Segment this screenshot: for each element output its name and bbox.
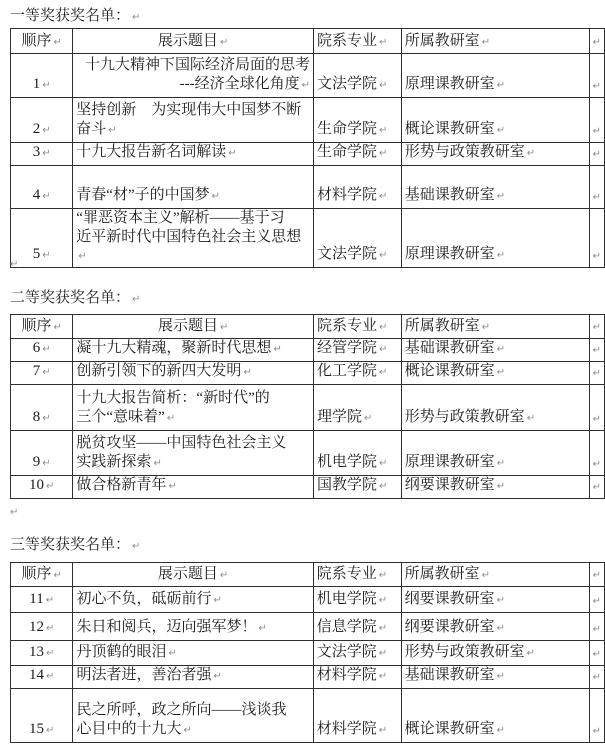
department-cell: 信息学院↵ <box>313 613 401 641</box>
row-end-mark-cell: ↵ <box>589 563 604 587</box>
order-text: 10 <box>29 477 44 493</box>
row-end-mark: ↵ <box>593 414 601 425</box>
paragraph-mark: ↵ <box>379 344 387 355</box>
paragraph-mark: ↵ <box>46 481 54 492</box>
order-text: 6 <box>33 340 41 356</box>
paragraph-mark: ↵ <box>46 725 54 736</box>
paragraph-mark: ↵ <box>132 541 140 552</box>
paragraph-mark: ↵ <box>482 322 490 333</box>
table-row: 10↵ 做合格新青年↵ 国教学院↵ 纲要课教研室↵ ↵ <box>11 476 605 499</box>
department-text: 机电学院 <box>317 454 377 470</box>
paragraph-mark: ↵ <box>379 250 387 261</box>
order-cell: 5↵ <box>11 209 73 268</box>
title-cell: 凝十九大精魂，聚新时代思想↵ <box>73 339 314 362</box>
table-header-row: 顺序↵ 展示题目↵ 院系专业↵ 所属教研室↵ ↵ <box>11 563 605 587</box>
paragraph-mark: ↵ <box>183 725 191 736</box>
order-cell: 8↵ <box>11 385 73 431</box>
paragraph-mark: ↵ <box>42 344 50 355</box>
title-cell: 初心不负，砥砺前行↵ <box>73 587 313 613</box>
row-end-mark: ↵ <box>593 149 601 160</box>
department-text: 材料学院 <box>317 721 377 737</box>
paragraph-mark: ↵ <box>379 458 387 469</box>
office-text: 基础课教研室 <box>405 340 495 356</box>
row-end-mark-cell: ↵ <box>589 209 604 268</box>
department-cell: 国教学院↵ <box>313 476 401 499</box>
order-text: 11 <box>29 591 43 607</box>
department-cell: 理学院↵ <box>313 385 401 431</box>
paragraph-mark: ↵ <box>213 671 221 682</box>
first-prize-table: 顺序↵ 展示题目↵ 院系专业↵ 所属教研室↵ ↵ 1↵ 十九大精神下国际经济局面… <box>10 28 605 268</box>
paragraph-mark: ↵ <box>42 148 50 159</box>
department-text: 材料学院 <box>317 187 377 203</box>
row-end-mark: ↵ <box>593 649 601 660</box>
paragraph-mark: ↵ <box>527 413 535 424</box>
title-text: 朱日和阅兵，迈向强军梦！ <box>76 619 256 635</box>
order-text: 3 <box>33 144 41 160</box>
paragraph-mark: ↵ <box>46 623 54 634</box>
title-cell: 朱日和阅兵，迈向强军梦！↵ <box>73 613 313 641</box>
table-row: 9↵ 脱贫攻坚——中国特色社会主义 实践新探索↵ 机电学院↵ 原理课教研室↵ ↵ <box>11 431 605 476</box>
header-text: 所属教研室 <box>405 566 480 582</box>
row-end-mark-cell: ↵ <box>589 166 604 209</box>
table-header-row: 顺序↵ 展示题目↵ 院系专业↵ 所属教研室↵ ↵ <box>11 315 605 339</box>
order-cell: 13↵ <box>11 641 73 666</box>
office-cell: 纲要课教研室↵ <box>401 613 589 641</box>
office-cell: 形势与政策教研室↵ <box>401 385 589 431</box>
department-cell: 生命学院↵ <box>313 143 401 166</box>
section-title-second-prize: 二等奖获奖名单：↵ <box>10 288 140 310</box>
order-cell: 6↵ <box>11 339 73 362</box>
row-end-mark: ↵ <box>593 596 601 607</box>
paragraph-mark: ↵ <box>53 37 61 48</box>
paragraph-mark: ↵ <box>379 481 387 492</box>
order-text: 14 <box>29 667 44 683</box>
paragraph-mark: ↵ <box>168 481 176 492</box>
title-cell: 做合格新青年↵ <box>73 476 314 499</box>
department-cell: 材料学院↵ <box>313 689 401 743</box>
column-header-department: 院系专业↵ <box>313 563 401 587</box>
office-cell: 形势与政策教研室↵ <box>401 143 589 166</box>
paragraph-mark: ↵ <box>132 294 140 305</box>
title-cell: 民之所呼，政之所向——浅谈我 心目中的十九大↵ <box>73 689 313 743</box>
paragraph-mark: ↵ <box>364 413 372 424</box>
department-text: 国教学院 <box>317 477 377 493</box>
header-text: 展示题目 <box>158 566 218 582</box>
paragraph-mark: ↵ <box>42 367 50 378</box>
paragraph-mark: ↵ <box>379 623 387 634</box>
header-text: 顺序 <box>21 33 51 49</box>
third-prize-table: 顺序↵ 展示题目↵ 院系专业↵ 所属教研室↵ ↵ 11↵ 初心不负，砥砺前行↵ … <box>10 562 605 743</box>
order-cell: 10↵ <box>11 476 73 499</box>
office-cell: 基础课教研室↵ <box>401 339 589 362</box>
paragraph-mark: ↵ <box>273 344 281 355</box>
office-text: 概论课教研室 <box>405 363 495 379</box>
header-text: 顺序 <box>22 318 52 334</box>
paragraph-mark: ↵ <box>482 37 490 48</box>
paragraph-mark: ↵ <box>228 148 236 159</box>
section-title-text: 二等奖获奖名单： <box>10 290 130 306</box>
paragraph-mark: ↵ <box>46 671 54 682</box>
department-text: 经管学院 <box>317 340 377 356</box>
office-cell: 概论课教研室↵ <box>401 689 589 743</box>
title-text: 十九大报告新名词解读 <box>76 144 226 160</box>
paragraph-mark: ↵ <box>379 80 387 91</box>
row-end-mark: ↵ <box>593 192 601 203</box>
order-text: 15 <box>29 721 44 737</box>
office-cell: 原理课教研室↵ <box>401 431 589 476</box>
office-cell: 纲要课教研室↵ <box>401 587 589 613</box>
row-end-mark: ↵ <box>593 345 601 356</box>
row-end-mark: ↵ <box>593 726 601 737</box>
header-text: 展示题目 <box>158 318 218 334</box>
row-end-mark-cell: ↵ <box>589 666 604 689</box>
row-end-mark: ↵ <box>593 482 601 493</box>
paragraph-mark: ↵ <box>379 367 387 378</box>
table-row: 3↵ 十九大报告新名词解读↵ 生命学院↵ 形势与政策教研室↵ ↵ <box>11 143 605 166</box>
column-header-department: 院系专业↵ <box>313 29 401 54</box>
order-text: 5 <box>33 246 41 262</box>
row-end-mark: ↵ <box>593 251 601 262</box>
department-cell: 化工学院↵ <box>313 362 401 385</box>
column-header-office: 所属教研室↵ <box>401 29 589 54</box>
paragraph-mark: ↵ <box>213 595 221 606</box>
table-row: 7↵ 创新引领下的新四大发明↵ 化工学院↵ 概论课教研室↵ ↵ <box>11 362 605 385</box>
title-text: 青春“材”子的中国梦 <box>76 187 209 203</box>
office-cell: 基础课教研室↵ <box>401 666 589 689</box>
table-row: 13↵ 丹顶鹤的眼泪↵ 文法学院↵ 形势与政策教研室↵ ↵ <box>11 641 605 666</box>
row-end-mark: ↵ <box>593 624 601 635</box>
order-text: 7 <box>33 363 41 379</box>
order-cell: 1↵ <box>11 54 73 98</box>
title-text: 初心不负，砥砺前行 <box>76 591 211 607</box>
title-cell: 十九大报告简析：“新时代”的 三个“意味着”↵ <box>73 385 314 431</box>
column-header-title: 展示题目↵ <box>73 563 313 587</box>
title-cell: 明法者进，善治者强↵ <box>73 666 313 689</box>
department-text: 文法学院 <box>317 246 377 262</box>
office-cell: 原理课教研室↵ <box>401 54 589 98</box>
office-text: 形势与政策教研室 <box>405 144 525 160</box>
office-text: 形势与政策教研室 <box>405 409 525 425</box>
order-text: 8 <box>33 409 41 425</box>
title-cell: 十九大精神下国际经济局面的思考 ---经济全球化角度↵ <box>73 54 314 98</box>
section-title-first-prize: 一等奖获奖名单：↵ <box>10 6 140 28</box>
office-text: 基础课教研室 <box>405 187 495 203</box>
department-cell: 文法学院↵ <box>313 209 401 268</box>
paragraph-mark: ↵ <box>497 458 505 469</box>
order-cell: 4↵ <box>11 166 73 209</box>
department-cell: 机电学院↵ <box>313 431 401 476</box>
order-text: 13 <box>29 644 44 660</box>
table-row: 6↵ 凝十九大精魂，聚新时代思想↵ 经管学院↵ 基础课教研室↵ ↵ <box>11 339 605 362</box>
order-cell: 9↵ <box>11 431 73 476</box>
paragraph-mark: ↵ <box>78 251 86 262</box>
row-end-mark: ↵ <box>593 37 601 48</box>
paragraph-mark: ↵ <box>379 148 387 159</box>
department-text: 生命学院 <box>317 144 377 160</box>
office-cell: 形势与政策教研室↵ <box>401 641 589 666</box>
table-row: 11↵ 初心不负，砥砺前行↵ 机电学院↵ 纲要课教研室↵ ↵ <box>11 587 605 613</box>
paragraph-mark: ↵ <box>497 671 505 682</box>
office-text: 纲要课教研室 <box>405 591 495 607</box>
paragraph-mark: ↵ <box>379 725 387 736</box>
department-cell: 文法学院↵ <box>313 641 401 666</box>
department-text: 文法学院 <box>317 644 377 660</box>
paragraph-mark: ↵ <box>379 595 387 606</box>
header-text: 院系专业 <box>317 318 377 334</box>
table-header-row: 顺序↵ 展示题目↵ 院系专业↵ 所属教研室↵ ↵ <box>11 29 605 54</box>
order-cell: 14↵ <box>11 666 73 689</box>
office-cell: 概论课教研室↵ <box>401 98 589 143</box>
paragraph-mark: ↵ <box>497 191 505 202</box>
title-text: 明法者进，善治者强 <box>76 667 211 683</box>
department-cell: 经管学院↵ <box>313 339 401 362</box>
paragraph-mark: ↵ <box>258 623 266 634</box>
row-end-mark-cell: ↵ <box>589 385 604 431</box>
second-prize-table: 顺序↵ 展示题目↵ 院系专业↵ 所属教研室↵ ↵ 6↵ 凝十九大精魂，聚新时代思… <box>10 314 605 499</box>
column-header-order: 顺序↵ <box>11 563 73 587</box>
table-row: 12↵ 朱日和阅兵，迈向强军梦！↵ 信息学院↵ 纲要课教研室↵ ↵ <box>11 613 605 641</box>
paragraph-mark: ↵ <box>132 12 140 23</box>
order-text: 1 <box>33 76 41 92</box>
row-end-mark: ↵ <box>593 672 601 683</box>
department-text: 文法学院 <box>317 76 377 92</box>
row-end-mark: ↵ <box>593 368 601 379</box>
header-text: 院系专业 <box>317 566 377 582</box>
office-text: 原理课教研室 <box>405 246 495 262</box>
paragraph-mark: ↵ <box>46 648 54 659</box>
department-cell: 材料学院↵ <box>313 666 401 689</box>
paragraph-mark: ↵ <box>167 413 175 424</box>
paragraph-mark: ↵ <box>379 570 387 581</box>
office-text: 概论课教研室 <box>405 121 495 137</box>
table-row: 14↵ 明法者进，善治者强↵ 材料学院↵ 基础课教研室↵ ↵ <box>11 666 605 689</box>
office-cell: 纲要课教研室↵ <box>401 476 589 499</box>
paragraph-mark: ↵ <box>54 570 62 581</box>
title-text: 民之所呼，政之所向——浅谈我 心目中的十九大 <box>76 702 286 737</box>
row-end-mark-cell: ↵ <box>589 689 604 743</box>
paragraph-mark: ↵ <box>527 648 535 659</box>
order-cell: 15↵ <box>11 689 73 743</box>
paragraph-mark: ↵ <box>42 250 50 261</box>
header-text: 所属教研室 <box>405 318 480 334</box>
title-text: 丹顶鹤的眼泪 <box>76 644 166 660</box>
empty-paragraph-mark: ↵ <box>10 259 18 270</box>
row-end-mark: ↵ <box>593 126 601 137</box>
title-cell: 青春“材”子的中国梦↵ <box>73 166 314 209</box>
paragraph-mark: ↵ <box>46 595 54 606</box>
title-text: 脱贫攻坚——中国特色社会主义 实践新探索 <box>76 435 286 470</box>
department-cell: 生命学院↵ <box>313 98 401 143</box>
title-text: “罪恶资本主义”解析——基于习 近平新时代中国特色社会主义思想 <box>76 210 301 245</box>
office-cell: 概论课教研室↵ <box>401 362 589 385</box>
paragraph-mark: ↵ <box>168 648 176 659</box>
department-text: 信息学院 <box>317 619 377 635</box>
row-end-mark: ↵ <box>593 459 601 470</box>
title-text: 创新引领下的新四大发明 <box>76 363 241 379</box>
order-cell: 12↵ <box>11 613 73 641</box>
paragraph-mark: ↵ <box>497 367 505 378</box>
department-text: 材料学院 <box>317 667 377 683</box>
department-text: 化工学院 <box>317 363 377 379</box>
order-cell: 3↵ <box>11 143 73 166</box>
row-end-mark-cell: ↵ <box>589 98 604 143</box>
paragraph-mark: ↵ <box>497 481 505 492</box>
title-cell: 脱贫攻坚——中国特色社会主义 实践新探索↵ <box>73 431 314 476</box>
office-text: 纲要课教研室 <box>405 477 495 493</box>
title-cell: “罪恶资本主义”解析——基于习 近平新时代中国特色社会主义思想↵ <box>73 209 314 268</box>
office-text: 基础课教研室 <box>405 667 495 683</box>
row-end-mark-cell: ↵ <box>589 476 604 499</box>
paragraph-mark: ↵ <box>497 250 505 261</box>
paragraph-mark: ↵ <box>42 125 50 136</box>
order-text: 9 <box>33 454 41 470</box>
paragraph-mark: ↵ <box>497 725 505 736</box>
paragraph-mark: ↵ <box>302 80 310 91</box>
office-text: 纲要课教研室 <box>405 619 495 635</box>
office-text: 形势与政策教研室 <box>405 644 525 660</box>
title-cell: 坚持创新 为实现伟大中国梦不断 奋斗↵ <box>73 98 314 143</box>
department-cell: 文法学院↵ <box>313 54 401 98</box>
paragraph-mark: ↵ <box>220 322 228 333</box>
title-cell: 创新引领下的新四大发明↵ <box>73 362 314 385</box>
row-end-mark-cell: ↵ <box>589 362 604 385</box>
section-title-text: 三等奖获奖名单： <box>10 537 130 553</box>
title-text: 做合格新青年 <box>76 477 166 493</box>
office-text: 原理课教研室 <box>405 454 495 470</box>
document-page: 一等奖获奖名单：↵ 顺序↵ 展示题目↵ 院系专业↵ 所属教研室↵ ↵ 1↵ 十九… <box>0 0 605 745</box>
office-cell: 原理课教研室↵ <box>401 209 589 268</box>
title-text: 十九大精神下国际经济局面的思考 ---经济全球化角度 <box>85 57 310 92</box>
paragraph-mark: ↵ <box>42 191 50 202</box>
title-cell: 十九大报告新名词解读↵ <box>73 143 314 166</box>
paragraph-mark: ↵ <box>379 322 387 333</box>
row-end-mark-cell: ↵ <box>589 587 604 613</box>
order-text: 12 <box>29 619 44 635</box>
order-cell: 11↵ <box>11 587 73 613</box>
paragraph-mark: ↵ <box>54 322 62 333</box>
paragraph-mark: ↵ <box>379 125 387 136</box>
order-text: 4 <box>33 187 41 203</box>
office-cell: 基础课教研室↵ <box>401 166 589 209</box>
paragraph-mark: ↵ <box>220 570 228 581</box>
order-cell: 2↵ <box>11 98 73 143</box>
column-header-order: 顺序↵ <box>11 29 73 54</box>
paragraph-mark: ↵ <box>527 148 535 159</box>
column-header-title: 展示题目↵ <box>73 29 314 54</box>
department-text: 机电学院 <box>317 591 377 607</box>
department-text: 理学院 <box>317 409 362 425</box>
section-title-text: 一等奖获奖名单： <box>10 8 130 24</box>
paragraph-mark: ↵ <box>42 80 50 91</box>
column-header-order: 顺序↵ <box>11 315 73 339</box>
section-title-third-prize: 三等奖获奖名单：↵ <box>10 535 140 557</box>
header-text: 展示题目 <box>158 33 218 49</box>
row-end-mark-cell: ↵ <box>589 143 604 166</box>
row-end-mark-cell: ↵ <box>589 431 604 476</box>
header-text: 所属教研室 <box>405 33 480 49</box>
order-cell: 7↵ <box>11 362 73 385</box>
row-end-mark-cell: ↵ <box>589 339 604 362</box>
row-end-mark: ↵ <box>593 322 601 333</box>
title-cell: 丹顶鹤的眼泪↵ <box>73 641 313 666</box>
row-end-mark-cell: ↵ <box>589 54 604 98</box>
table-row: 4↵ 青春“材”子的中国梦↵ 材料学院↵ 基础课教研室↵ ↵ <box>11 166 605 209</box>
paragraph-mark: ↵ <box>482 570 490 581</box>
office-text: 概论课教研室 <box>405 721 495 737</box>
title-text: 凝十九大精魂，聚新时代思想 <box>76 340 271 356</box>
table-row: 15↵ 民之所呼，政之所向——浅谈我 心目中的十九大↵ 材料学院↵ 概论课教研室… <box>11 689 605 743</box>
order-text: 2 <box>33 121 41 137</box>
table-row: 5↵ “罪恶资本主义”解析——基于习 近平新时代中国特色社会主义思想↵ 文法学院… <box>11 209 605 268</box>
paragraph-mark: ↵ <box>220 37 228 48</box>
paragraph-mark: ↵ <box>243 367 251 378</box>
table-row: 2↵ 坚持创新 为实现伟大中国梦不断 奋斗↵ 生命学院↵ 概论课教研室↵ ↵ <box>11 98 605 143</box>
paragraph-mark: ↵ <box>379 37 387 48</box>
paragraph-mark: ↵ <box>497 80 505 91</box>
row-end-mark: ↵ <box>593 81 601 92</box>
row-end-mark-cell: ↵ <box>589 641 604 666</box>
department-cell: 机电学院↵ <box>313 587 401 613</box>
paragraph-mark: ↵ <box>379 191 387 202</box>
paragraph-mark: ↵ <box>379 671 387 682</box>
header-text: 院系专业 <box>317 33 377 49</box>
table-row: 1↵ 十九大精神下国际经济局面的思考 ---经济全球化角度↵ 文法学院↵ 原理课… <box>11 54 605 98</box>
column-header-title: 展示题目↵ <box>73 315 314 339</box>
row-end-mark-cell: ↵ <box>589 29 604 54</box>
paragraph-mark: ↵ <box>379 648 387 659</box>
office-text: 原理课教研室 <box>405 76 495 92</box>
column-header-department: 院系专业↵ <box>313 315 401 339</box>
column-header-office: 所属教研室↵ <box>401 315 589 339</box>
paragraph-mark: ↵ <box>108 125 116 136</box>
paragraph-mark: ↵ <box>497 595 505 606</box>
paragraph-mark: ↵ <box>497 344 505 355</box>
paragraph-mark: ↵ <box>42 458 50 469</box>
row-end-mark-cell: ↵ <box>589 315 604 339</box>
department-cell: 材料学院↵ <box>313 166 401 209</box>
paragraph-mark: ↵ <box>497 623 505 634</box>
header-text: 顺序 <box>22 566 52 582</box>
paragraph-mark: ↵ <box>497 125 505 136</box>
column-header-office: 所属教研室↵ <box>401 563 589 587</box>
paragraph-mark: ↵ <box>212 191 220 202</box>
paragraph-mark: ↵ <box>42 413 50 424</box>
row-end-mark-cell: ↵ <box>589 613 604 641</box>
empty-paragraph-mark: ↵ <box>10 507 18 518</box>
department-text: 生命学院 <box>317 121 377 137</box>
row-end-mark: ↵ <box>593 570 601 581</box>
table-row: 8↵ 十九大报告简析：“新时代”的 三个“意味着”↵ 理学院↵ 形势与政策教研室… <box>11 385 605 431</box>
paragraph-mark: ↵ <box>153 458 161 469</box>
